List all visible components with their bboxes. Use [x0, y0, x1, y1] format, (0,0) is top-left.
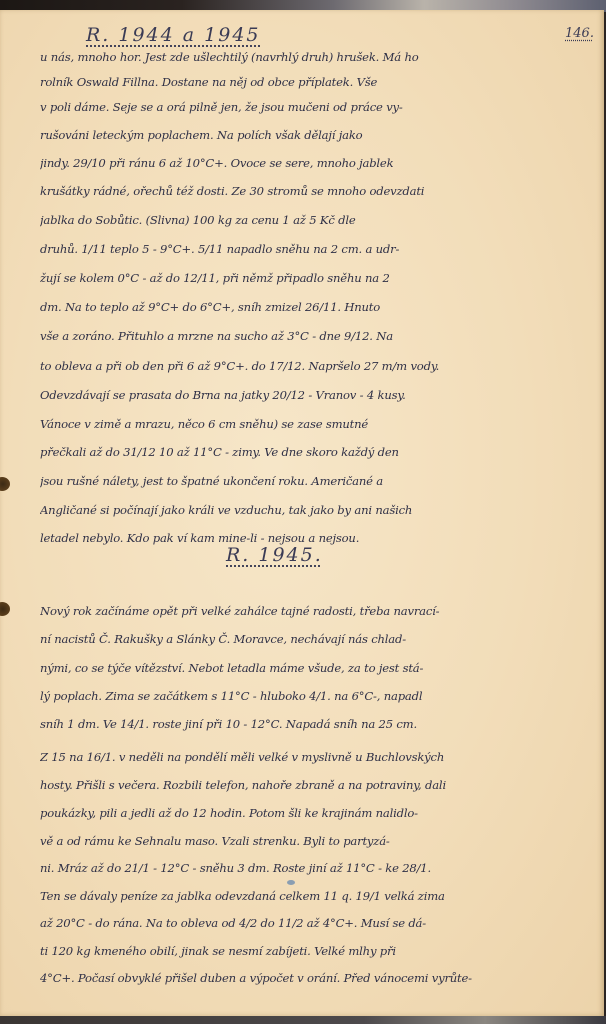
text-line: jablka do Sobůtic. (Slivna) 100 kg za ce…	[40, 207, 580, 233]
text-line: rušováni leteckým poplachem. Na polích v…	[40, 122, 580, 148]
heading-year-1945: R. 1945.	[226, 544, 323, 566]
text-line: rolník Oswald Fillna. Dostane na něj od …	[40, 69, 580, 95]
text-line: ti 120 kg kmeného obilí, jinak se nesmí …	[40, 938, 580, 964]
heading-year-1944-1945: R. 1944 a 1945	[86, 24, 261, 46]
text-line: žují se kolem 0°C - až do 12/11, při něm…	[40, 265, 580, 291]
text-line: Vánoce v zimě a mrazu, něco 6 cm sněhu) …	[40, 411, 580, 437]
text-line: v poli dáme. Seje se a orá pilně jen, že…	[40, 94, 580, 120]
text-line: Odevzdávají se prasata do Brna na jatky …	[40, 382, 580, 408]
text-line: to obleva a při ob den při 6 až 9°C+. do…	[40, 353, 580, 379]
text-line: dm. Na to teplo až 9°C+ do 6°C+, sníh zm…	[40, 294, 580, 320]
binder-hole-lower	[0, 602, 10, 616]
scan-bottom-edge	[0, 1016, 606, 1024]
text-line: ni. Mráz až do 21/1 - 12°C - sněhu 3 dm.…	[40, 855, 580, 881]
text-line: hosty. Přišli s večera. Rozbili telefon,…	[40, 772, 580, 798]
text-line: sníh 1 dm. Ve 14/1. roste jiní při 10 - …	[40, 711, 580, 737]
text-line: Nový rok začínáme opět při velké zahálce…	[40, 598, 580, 624]
text-line: krušátky rádné, ořechů též dosti. Ze 30 …	[40, 178, 580, 204]
text-line: poukázky, pili a jedli až do 12 hodin. P…	[40, 800, 580, 826]
text-line: až 20°C - do rána. Na to obleva od 4/2 d…	[40, 910, 580, 936]
text-line: ní nacistů Č. Rakušky a Slánky Č. Moravc…	[40, 626, 580, 652]
ink-blot	[287, 880, 295, 885]
text-line: jindy. 29/10 při ránu 6 až 10°C+. Ovoce …	[40, 150, 580, 176]
binder-hole-upper	[0, 477, 10, 491]
text-line: 4°C+. Počasí obvyklé přišel duben a výpo…	[40, 965, 580, 991]
text-line: druhů. 1/11 teplo 5 - 9°C+. 5/11 napadlo…	[40, 236, 580, 262]
text-line: vě a od rámu ke Sehnalu maso. Vzali stre…	[40, 828, 580, 854]
text-line: lý poplach. Zima se začátkem s 11°C - hl…	[40, 683, 580, 709]
chronicle-page: R. 1944 a 1945 146. u nás, mnoho hor. Je…	[0, 10, 604, 1018]
text-line: přečkali až do 31/12 10 až 11°C - zimy. …	[40, 439, 580, 465]
text-line: Ten se dávaly peníze za jablka odevzdaná…	[40, 883, 580, 909]
text-line: Z 15 na 16/1. v neděli na pondělí měli v…	[40, 744, 580, 770]
text-line: u nás, mnoho hor. Jest zde ušlechtilý (n…	[40, 44, 580, 70]
page-number: 146.	[565, 26, 594, 41]
text-line: Angličané si počínají jako králi ve vzdu…	[40, 497, 580, 523]
text-line: nými, co se týče vítězství. Nebot letadl…	[40, 655, 580, 681]
text-line: jsou rušné nálety, jest to špatné ukonče…	[40, 468, 580, 494]
text-line: vše a zoráno. Přituhlo a mrzne na sucho …	[40, 323, 580, 349]
